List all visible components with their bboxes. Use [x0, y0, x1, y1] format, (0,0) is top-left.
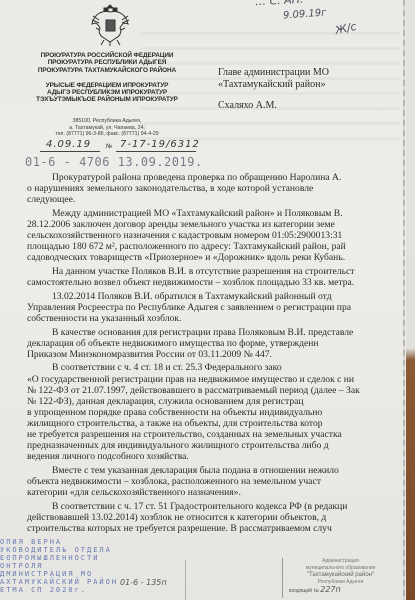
- text-line: ведения личного подсобного хозяйства.: [27, 451, 403, 462]
- text-line: в упрощенном порядке права собственности…: [27, 407, 403, 418]
- paragraph: Между администрацией МО «Тахтамукайский …: [27, 208, 403, 263]
- letterhead-line: ТЭХЪУТЭМЫКЪОЕ РАЙОНЫМ ИПРОКУРАТУР: [22, 96, 192, 103]
- text-line: В качестве основания для регистрации пра…: [27, 327, 403, 338]
- stamp-divider: [185, 560, 186, 600]
- stamp-line: муниципального образования: [283, 565, 398, 572]
- text-line: не требуется разрешения на строительство…: [27, 429, 403, 440]
- administration-incoming-stamp: Администрация муниципального образования…: [282, 558, 398, 598]
- text-line: 28.12.2006 заключен договор аренды земел…: [27, 219, 403, 230]
- letterhead-line: ПРОКУРАТУРА РОССИЙСКОЙ ФЕДЕРАЦИИ: [22, 52, 192, 59]
- text-line: предназначенных для индивидуального жили…: [27, 440, 403, 451]
- text-line: жилищного строительства, а также на объе…: [27, 418, 403, 429]
- text-line: 13.02.2014 Поляков В.И. обратился в Тахт…: [27, 291, 403, 302]
- text-line: Прокуратурой района проведена проверка п…: [27, 172, 403, 183]
- addressee-title: Главе администрации МО: [218, 67, 329, 79]
- paragraph: Прокуратурой района проведена проверка п…: [27, 172, 403, 205]
- handwritten-date: 9.09.19г: [283, 7, 327, 21]
- outgoing-date: 4.09.19: [46, 139, 91, 150]
- page-edge: [403, 0, 405, 600]
- text-line: сельскохозяйственного назначения с кадас…: [27, 230, 403, 241]
- letterhead-address: 385100, Республика Адыгея, а. Тахтамукай…: [22, 118, 192, 138]
- handwritten-stamp-number: 01-6 - 135п: [120, 578, 167, 587]
- text-line: Приказом Минэкономразвития России от 03.…: [27, 349, 403, 360]
- address-line: а. Тахтамукай, ул. Чапаева, 24;: [22, 125, 192, 132]
- text-line: действовавшей 13.02.2014) хозблок не отн…: [27, 512, 403, 523]
- number-sign: №: [106, 143, 112, 150]
- addressee-block: Главе администрации МО «Тахтамукайский р…: [218, 67, 329, 112]
- stamp-line: АХТАМУКАЙСКИЙ РАЙОН: [0, 578, 115, 586]
- handwritten-note: … С. АП.: [255, 0, 304, 8]
- address-line: 385100, Республика Адыгея,: [22, 118, 192, 125]
- paragraph: В соответствии с ч. 17 ст. 51 Градострои…: [27, 501, 403, 534]
- incoming-registration-stamp: 01-6 - 4706 13.09.2019.: [25, 155, 203, 169]
- text-line: В соответствии с ч. 4 ст. 18 и ст. 25.3 …: [27, 362, 403, 373]
- text-line: площадью 180 672 м², расположенного по а…: [27, 241, 403, 252]
- stamp-incoming-number: 227п: [320, 585, 341, 594]
- registration-line: 4.09.19 № 7-17-19/6312: [40, 139, 200, 153]
- stamp-line: ЕОПРОМЫШЛЕННОСТИ: [0, 554, 115, 562]
- text-line: На данном участке Поляков В.И. в отсутст…: [27, 266, 403, 277]
- stamp-line: ОНТРОЛЯ: [0, 562, 115, 570]
- text-line: категории «для сельскохозяйственного наз…: [27, 487, 403, 498]
- paragraph: Вместе с тем указанная декларация была п…: [27, 465, 403, 498]
- text-line: Между администрацией МО «Тахтамукайский …: [27, 208, 403, 219]
- text-line: собственности на указанный хозблок.: [27, 313, 403, 324]
- letter-body: Прокуратурой района проведена проверка п…: [27, 172, 403, 537]
- text-line: садоводческих товариществ «Приозерное» и…: [27, 252, 403, 263]
- text-line: декларация об объекте недвижимого имущес…: [27, 338, 403, 349]
- outgoing-number: 7-17-19/6312: [120, 139, 200, 150]
- text-line: самостоятельно возвел объект недвижимост…: [27, 277, 403, 288]
- letterhead-line: ПРОКУРАТУРА РЕСПУБЛИКИ АДЫГЕЯ: [22, 59, 192, 66]
- text-line: о нарушениях земельного законодательства…: [27, 183, 403, 194]
- letterhead-line: ПРОКУРАТУРА ТАХТАМУКАЙСКОГО РАЙОНА: [22, 67, 192, 74]
- copy-certified-stamp: ОПИЯ ВЕРНА УКОВОДИТЕЛЬ ОТДЕЛА ЕОПРОМЫШЛЕ…: [0, 538, 115, 600]
- stamp-line: "Тахтамукайский район": [283, 572, 398, 579]
- stamp-line: ОПИЯ ВЕРНА: [0, 538, 115, 546]
- text-line: объекта недвижимости – хозблока, располо…: [27, 476, 403, 487]
- document-page: ПРОКУРАТУРА РОССИЙСКОЙ ФЕДЕРАЦИИ ПРОКУРА…: [0, 0, 406, 600]
- text-line: следующее.: [27, 194, 403, 205]
- russian-coat-of-arms-icon: [88, 2, 133, 48]
- stamp-line: ЕТМА СП 2020г.: [0, 586, 115, 594]
- prosecutor-letterhead: ПРОКУРАТУРА РОССИЙСКОЙ ФЕДЕРАЦИИ ПРОКУРА…: [22, 52, 192, 104]
- paragraph: В соответствии с ч. 4 ст. 18 и ст. 25.3 …: [27, 362, 403, 462]
- stamp-label: входящий №: [289, 588, 319, 594]
- text-line: Управления Росреестра по Республике Адыг…: [27, 302, 403, 313]
- text-line: В соответствии с ч. 17 ст. 51 Градострои…: [27, 501, 403, 512]
- letterhead-line: УРЫСЫЕ ФЕДЕРАЦИЕМ ИПРОКУРАТУР: [22, 82, 192, 89]
- address-line: тел. (87771) 96-3-86, факс. (87771) 94-4…: [22, 131, 192, 138]
- handwritten-signature: Ж/с: [334, 20, 358, 37]
- text-line: № 122-ФЗ), данная декларация, служила ос…: [27, 396, 403, 407]
- text-line: № 122-ФЗ от 21.07.1997, действовавшего в…: [27, 385, 403, 396]
- paragraph: На данном участке Поляков В.И. в отсутст…: [27, 266, 403, 288]
- paragraph: 13.02.2014 Поляков В.И. обратился в Тахт…: [27, 291, 403, 324]
- addressee-name: Схаляхо А.М.: [218, 100, 329, 112]
- stamp-line: ДМИНИСТРАЦИЯ МО: [0, 570, 115, 578]
- text-line: «О государственной регистрации прав на н…: [27, 374, 403, 385]
- text-line: Вместе с тем указанная декларация была п…: [27, 465, 403, 476]
- paragraph: В качестве основания для регистрации пра…: [27, 327, 403, 360]
- text-line: строительства которых не требуется разре…: [27, 523, 403, 534]
- desk-background: [406, 0, 415, 600]
- stamp-line: Администрация: [283, 558, 398, 565]
- stamp-line: УКОВОДИТЕЛЬ ОТДЕЛА: [0, 546, 115, 554]
- addressee-organization: «Тахтамукайский район»: [218, 79, 329, 91]
